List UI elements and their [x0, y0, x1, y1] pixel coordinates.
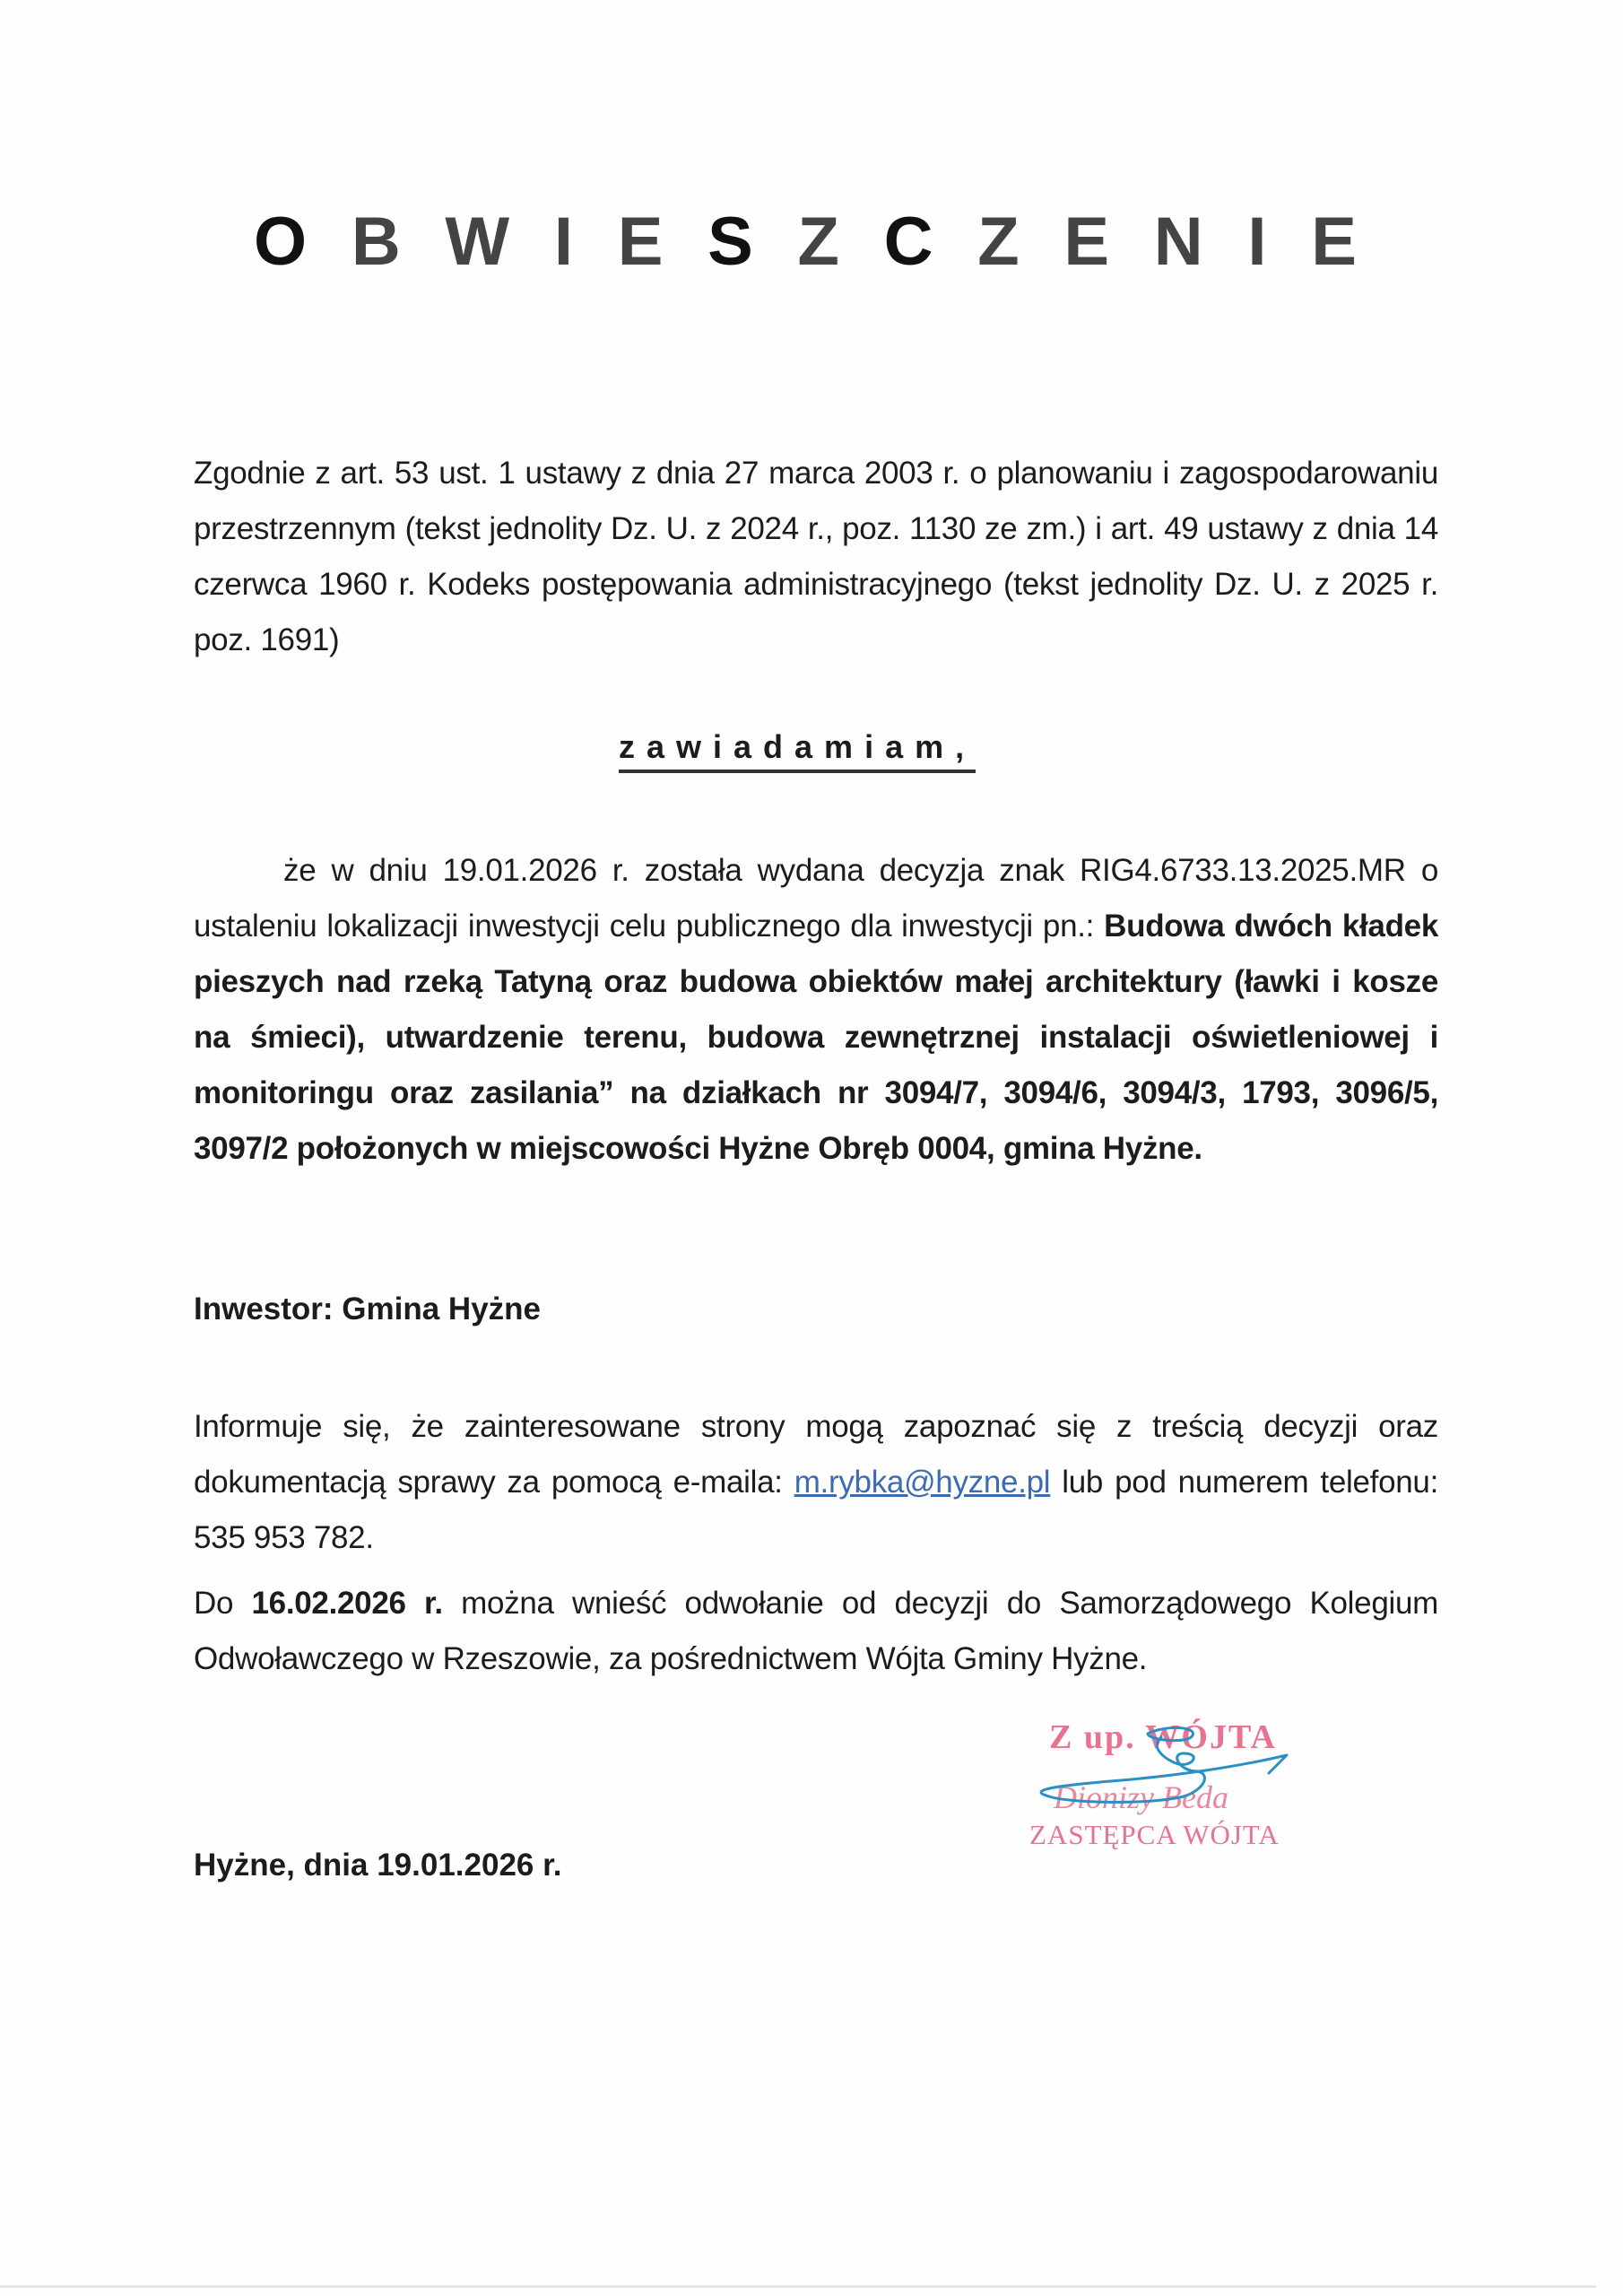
- title-letter: O: [254, 208, 307, 276]
- title-letter: N: [1154, 208, 1203, 276]
- document-title: OBWIESZCZENIE: [254, 208, 1357, 276]
- appeal-prefix: Do: [194, 1586, 251, 1621]
- title-letter: I: [554, 208, 573, 276]
- official-stamp: Z up. WÓJTA Dionizy Beda ZASTĘPCA WÓJTA: [1013, 1700, 1336, 1861]
- notice-heading: zawiadamiam,: [619, 728, 976, 773]
- title-letter: I: [1247, 208, 1266, 276]
- title-letter: E: [1311, 208, 1357, 276]
- title-letter: Z: [977, 208, 1019, 276]
- title-letter: S: [707, 208, 753, 276]
- title-letter: E: [618, 208, 664, 276]
- email-link[interactable]: m.rybka@hyzne.pl: [794, 1465, 1051, 1500]
- project-name: Budowa dwóch kładek pieszych nad rzeką T…: [194, 909, 1438, 1166]
- title-letter: W: [445, 208, 509, 276]
- signature-icon: [1013, 1700, 1336, 1861]
- title-letter: B: [352, 208, 401, 276]
- legal-basis-paragraph: Zgodnie z art. 53 ust. 1 ustawy z dnia 2…: [194, 446, 1438, 668]
- appeal-paragraph: Do 16.02.2026 r. można wnieść odwołanie …: [194, 1576, 1438, 1687]
- document-page: OBWIESZCZENIE Zgodnie z art. 53 ust. 1 u…: [0, 0, 1623, 2296]
- investor-line: Inwestor: Gmina Hyżne: [194, 1291, 541, 1327]
- title-letter: E: [1063, 208, 1109, 276]
- decision-paragraph: że w dniu 19.01.2026 r. została wydana d…: [194, 843, 1438, 1177]
- info-paragraph: Informuje się, że zainteresowane strony …: [194, 1399, 1438, 1566]
- title-letter: C: [884, 208, 933, 276]
- scan-edge-divider: [0, 2285, 1596, 2288]
- title-letter: Z: [798, 208, 839, 276]
- appeal-deadline: 16.02.2026 r.: [251, 1586, 442, 1621]
- place-and-date: Hyżne, dnia 19.01.2026 r.: [194, 1848, 562, 1883]
